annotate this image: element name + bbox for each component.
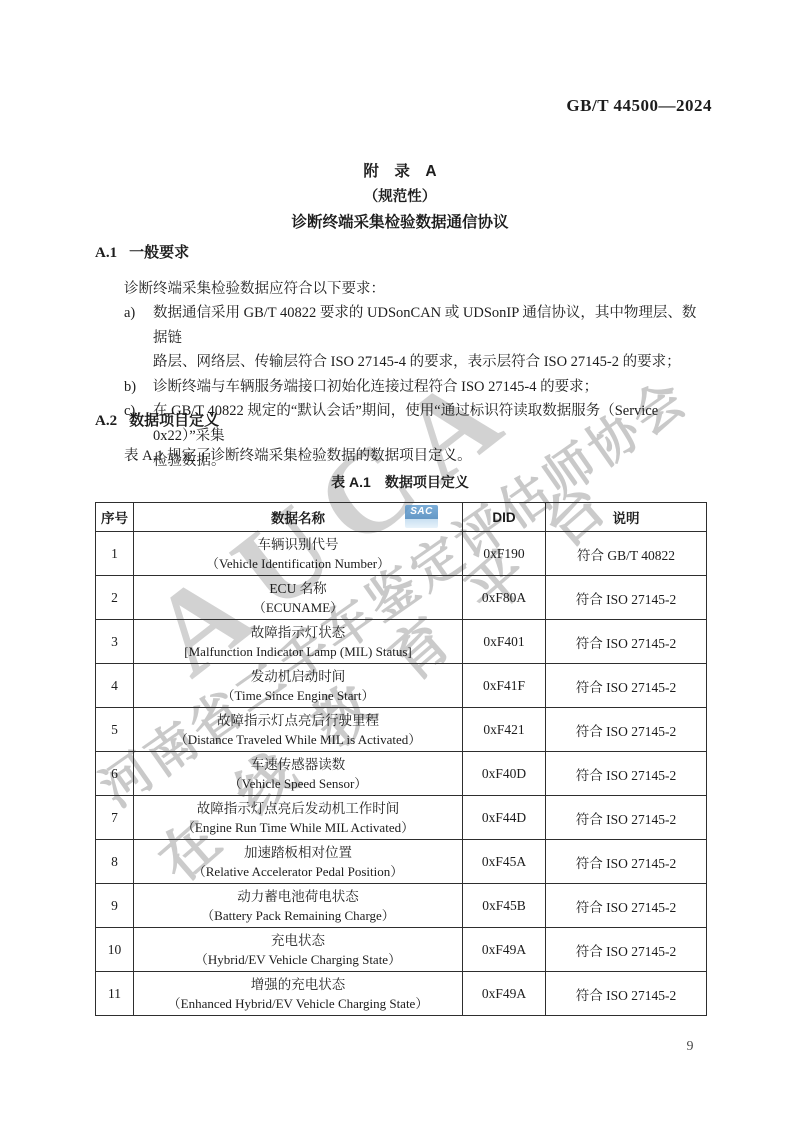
name-chinese: 充电状态	[136, 931, 460, 950]
cell-desc: 符合 ISO 27145-2	[546, 664, 707, 708]
column-header-3: 说明	[546, 503, 707, 532]
cell-did: 0xF49A	[463, 972, 546, 1016]
column-header-0: 序号	[96, 503, 134, 532]
cell-no: 2	[96, 576, 134, 620]
name-chinese: 动力蓄电池荷电状态	[136, 887, 460, 906]
column-header-1: 数据名称	[134, 503, 463, 532]
table-caption: 表 A.1数据项目定义	[0, 472, 800, 492]
table-row: 8加速踏板相对位置（Relative Accelerator Pedal Pos…	[96, 840, 707, 884]
text-line: 路层、网络层、传输层符合 ISO 27145-4 的要求，表示层符合 ISO 2…	[153, 350, 710, 375]
cell-desc: 符合 ISO 27145-2	[546, 840, 707, 884]
name-english: [Malfunction Indicator Lamp (MIL) Status…	[136, 642, 460, 661]
table-row: 7故障指示灯点亮后发动机工作时间（Engine Run Time While M…	[96, 796, 707, 840]
name-english: （Vehicle Identification Number）	[136, 554, 460, 573]
section-a1-title: 一般要求	[129, 244, 189, 261]
name-chinese: 故障指示灯状态	[136, 623, 460, 642]
a1-list-item-b: b)诊断终端与车辆服务端接口初始化连接过程符合 ISO 27145-4 的要求；	[124, 375, 710, 400]
table-row: 4发动机启动时间（Time Since Engine Start）0xF41F符…	[96, 664, 707, 708]
name-english: （Hybrid/EV Vehicle Charging State）	[136, 950, 460, 969]
cell-desc: 符合 ISO 27145-2	[546, 928, 707, 972]
section-a2-heading: A.2数据项目定义	[95, 409, 219, 430]
cell-name: 车辆识别代号（Vehicle Identification Number）	[134, 532, 463, 576]
name-english: （Distance Traveled While MIL is Activate…	[136, 730, 460, 749]
section-a2-title: 数据项目定义	[129, 412, 219, 429]
section-a2-intro: 表 A.1 规定了诊断终端采集检验数据的数据项目定义。	[124, 444, 472, 469]
table-row: 11增强的充电状态（Enhanced Hybrid/EV Vehicle Cha…	[96, 972, 707, 1016]
cell-did: 0xF190	[463, 532, 546, 576]
cell-desc: 符合 ISO 27145-2	[546, 972, 707, 1016]
section-a2-number: A.2	[95, 413, 117, 429]
table-row: 9动力蓄电池荷电状态（Battery Pack Remaining Charge…	[96, 884, 707, 928]
cell-desc: 符合 ISO 27145-2	[546, 620, 707, 664]
table-header-row: 序号数据名称DID说明	[96, 503, 707, 532]
cell-name: 发动机启动时间（Time Since Engine Start）	[134, 664, 463, 708]
table-row: 10充电状态（Hybrid/EV Vehicle Charging State）…	[96, 928, 707, 972]
section-a1-heading: A.1一般要求	[95, 241, 189, 262]
list-item-label: b)	[124, 375, 153, 400]
appendix-label: 附 录 A	[0, 159, 800, 181]
cell-no: 5	[96, 708, 134, 752]
cell-desc: 符合 ISO 27145-2	[546, 752, 707, 796]
section-a1-intro: 诊断终端采集检验数据应符合以下要求：	[124, 277, 385, 302]
name-english: （Battery Pack Remaining Charge）	[136, 906, 460, 925]
list-item-text: 诊断终端与车辆服务端接口初始化连接过程符合 ISO 27145-4 的要求；	[153, 375, 710, 400]
cell-no: 9	[96, 884, 134, 928]
cell-desc: 符合 ISO 27145-2	[546, 884, 707, 928]
document-page: 河南省二手车鉴定评估师协会 AUCA 在线教育平台 SAC GB/T 44500…	[0, 0, 800, 1131]
table-header: 序号数据名称DID说明	[96, 503, 707, 532]
cell-no: 6	[96, 752, 134, 796]
name-english: （ECUNAME）	[136, 598, 460, 617]
cell-no: 7	[96, 796, 134, 840]
name-english: （Vehicle Speed Sensor）	[136, 774, 460, 793]
name-english: （Engine Run Time While MIL Activated）	[136, 818, 460, 837]
table-row: 5故障指示灯点亮后行驶里程（Distance Traveled While MI…	[96, 708, 707, 752]
cell-name: 充电状态（Hybrid/EV Vehicle Charging State）	[134, 928, 463, 972]
text-line: 诊断终端与车辆服务端接口初始化连接过程符合 ISO 27145-4 的要求；	[153, 375, 710, 400]
cell-desc: 符合 GB/T 40822	[546, 532, 707, 576]
cell-name: 动力蓄电池荷电状态（Battery Pack Remaining Charge）	[134, 884, 463, 928]
cell-desc: 符合 ISO 27145-2	[546, 796, 707, 840]
cell-desc: 符合 ISO 27145-2	[546, 576, 707, 620]
table-row: 1车辆识别代号（Vehicle Identification Number）0x…	[96, 532, 707, 576]
name-chinese: 车速传感器读数	[136, 755, 460, 774]
name-english: （Time Since Engine Start）	[136, 686, 460, 705]
section-a1-number: A.1	[95, 245, 117, 261]
cell-name: 故障指示灯点亮后行驶里程（Distance Traveled While MIL…	[134, 708, 463, 752]
document-number: GB/T 44500—2024	[566, 96, 712, 116]
appendix-normative-note: （规范性）	[0, 185, 800, 206]
name-chinese: 加速踏板相对位置	[136, 843, 460, 862]
cell-did: 0xF45B	[463, 884, 546, 928]
list-item-text: 数据通信采用 GB/T 40822 要求的 UDSonCAN 或 UDSonIP…	[153, 301, 710, 375]
cell-did: 0xF45A	[463, 840, 546, 884]
name-chinese: ECU 名称	[136, 579, 460, 598]
table-caption-title: 数据项目定义	[385, 474, 469, 490]
cell-no: 3	[96, 620, 134, 664]
a1-list-item-a: a)数据通信采用 GB/T 40822 要求的 UDSonCAN 或 UDSon…	[124, 301, 710, 375]
page-number: 9	[670, 1039, 710, 1055]
table-row: 3故障指示灯状态[Malfunction Indicator Lamp (MIL…	[96, 620, 707, 664]
cell-name: 故障指示灯状态[Malfunction Indicator Lamp (MIL)…	[134, 620, 463, 664]
name-english: （Relative Accelerator Pedal Position）	[136, 862, 460, 881]
cell-desc: 符合 ISO 27145-2	[546, 708, 707, 752]
cell-did: 0xF421	[463, 708, 546, 752]
name-chinese: 车辆识别代号	[136, 535, 460, 554]
cell-no: 10	[96, 928, 134, 972]
cell-no: 1	[96, 532, 134, 576]
cell-name: 车速传感器读数（Vehicle Speed Sensor）	[134, 752, 463, 796]
cell-did: 0xF40D	[463, 752, 546, 796]
appendix-title: 诊断终端采集检验数据通信协议	[0, 210, 800, 232]
cell-name: 增强的充电状态（Enhanced Hybrid/EV Vehicle Charg…	[134, 972, 463, 1016]
cell-did: 0xF44D	[463, 796, 546, 840]
cell-name: 故障指示灯点亮后发动机工作时间（Engine Run Time While MI…	[134, 796, 463, 840]
cell-did: 0xF80A	[463, 576, 546, 620]
cell-name: ECU 名称（ECUNAME）	[134, 576, 463, 620]
table-row: 6车速传感器读数（Vehicle Speed Sensor）0xF40D符合 I…	[96, 752, 707, 796]
cell-did: 0xF49A	[463, 928, 546, 972]
cell-did: 0xF41F	[463, 664, 546, 708]
text-line: 数据通信采用 GB/T 40822 要求的 UDSonCAN 或 UDSonIP…	[153, 301, 710, 350]
name-chinese: 增强的充电状态	[136, 975, 460, 994]
name-chinese: 故障指示灯点亮后行驶里程	[136, 711, 460, 730]
column-header-2: DID	[463, 503, 546, 532]
text-line: 在 GB/T 40822 规定的“默认会话”期间，使用“通过标识符读取数据服务（…	[153, 399, 710, 448]
name-chinese: 发动机启动时间	[136, 667, 460, 686]
data-table: 序号数据名称DID说明 1车辆识别代号（Vehicle Identificati…	[95, 502, 707, 1016]
list-item-label: a)	[124, 301, 153, 375]
name-chinese: 故障指示灯点亮后发动机工作时间	[136, 799, 460, 818]
name-english: （Enhanced Hybrid/EV Vehicle Charging Sta…	[136, 994, 460, 1013]
cell-did: 0xF401	[463, 620, 546, 664]
cell-no: 11	[96, 972, 134, 1016]
table-row: 2ECU 名称（ECUNAME）0xF80A符合 ISO 27145-2	[96, 576, 707, 620]
cell-no: 8	[96, 840, 134, 884]
table-body: 1车辆识别代号（Vehicle Identification Number）0x…	[96, 532, 707, 1016]
cell-name: 加速踏板相对位置（Relative Accelerator Pedal Posi…	[134, 840, 463, 884]
table-caption-number: 表 A.1	[331, 474, 371, 490]
cell-no: 4	[96, 664, 134, 708]
